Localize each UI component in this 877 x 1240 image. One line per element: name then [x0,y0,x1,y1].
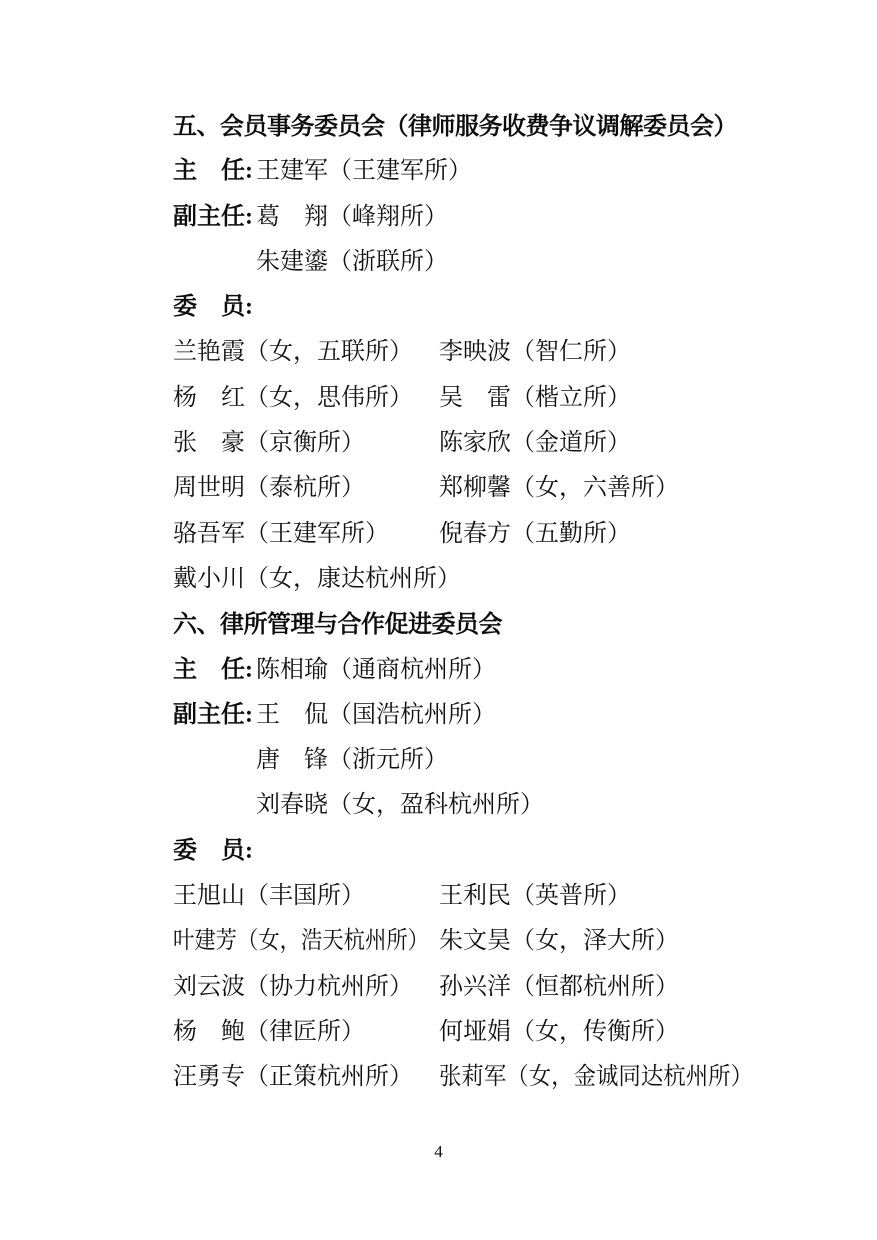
vice-chair-name: 葛 翔（峰翔所） [256,195,448,240]
member-entry: 郑柳馨（女，六善所） [439,466,679,511]
page-number: 4 [0,1140,877,1164]
vice-chair-line: 副主任: 葛 翔（峰翔所） [173,195,793,240]
section-heading: 五、会员事务委员会（律师服务收费争议调解委员会） [173,104,793,149]
member-entry: 兰艳霞（女，五联所） [173,330,413,375]
member-entry: 叶建芳（女，浩天杭州所） [173,919,401,964]
member-entry: 何垭娟（女，传衡所） [439,1010,679,1055]
members-label-line: 委 员: [173,285,793,330]
member-entry: 朱文昊（女，泽大所） [439,919,679,964]
member-row: 汪勇专（正策杭州所）张莉军（女，金诚同达杭州所） [173,1055,793,1100]
members-label-line: 委 员: [173,829,793,874]
member-entry: 孙兴洋（恒都杭州所） [439,965,679,1010]
section-member-affairs-committee: 五、会员事务委员会（律师服务收费争议调解委员会） 主 任: 王建军（王建军所） … [173,104,793,602]
vice-chair-line: 副主任: 王 侃（国浩杭州所） [173,693,793,738]
chair-label: 主 任: [173,149,253,194]
member-entry: 刘云波（协力杭州所） [173,965,413,1010]
member-entry: 王旭山（丰国所） [173,874,365,919]
chair-name: 王建军（王建军所） [256,149,472,194]
member-entry: 戴小川（女，康达杭州所） [173,557,461,602]
vice-chair-label: 副主任: [173,195,253,240]
document-content: 五、会员事务委员会（律师服务收费争议调解委员会） 主 任: 王建军（王建军所） … [173,104,793,1101]
member-entry: 王利民（英普所） [439,874,631,919]
member-row: 张 豪（京衡所）陈家欣（金道所） [173,421,793,466]
section-firm-management-committee: 六、律所管理与合作促进委员会 主 任: 陈相瑜（通商杭州所） 副主任: 王 侃（… [173,602,793,1100]
vice-chair-line: 刘春晓（女，盈科杭州所） [173,783,793,828]
member-entry: 陈家欣（金道所） [439,421,631,466]
member-entry: 张 豪（京衡所） [173,421,365,466]
chair-name: 陈相瑜（通商杭州所） [256,648,496,693]
vice-chair-line: 唐 锋（浙元所） [173,738,793,783]
member-entry: 吴 雷（楷立所） [439,376,631,421]
member-entry: 周世明（泰杭所） [173,466,365,511]
member-entry: 杨 鲍（律匠所） [173,1010,365,1055]
member-row: 杨 鲍（律匠所）何垭娟（女，传衡所） [173,1010,793,1055]
vice-chair-name: 刘春晓（女，盈科杭州所） [256,783,544,828]
vice-chair-label: 副主任: [173,693,253,738]
vice-chair-name: 朱建鎏（浙联所） [256,240,448,285]
vice-chair-name: 唐 锋（浙元所） [256,738,448,783]
member-entry: 骆吾军（王建军所） [173,512,389,557]
chair-line: 主 任: 王建军（王建军所） [173,149,793,194]
member-rows: 兰艳霞（女，五联所）李映波（智仁所）杨 红（女，思伟所）吴 雷（楷立所）张 豪（… [173,330,793,602]
member-row: 叶建芳（女，浩天杭州所）朱文昊（女，泽大所） [173,919,793,964]
members-label: 委 员: [173,829,253,874]
member-row: 骆吾军（王建军所）倪春方（五勤所） [173,512,793,557]
member-entry: 张莉军（女，金诚同达杭州所） [439,1055,732,1100]
chair-line: 主 任: 陈相瑜（通商杭州所） [173,648,793,693]
member-rows: 王旭山（丰国所）王利民（英普所）叶建芳（女，浩天杭州所）朱文昊（女，泽大所）刘云… [173,874,793,1100]
member-entry: 倪春方（五勤所） [439,512,631,557]
member-row: 周世明（泰杭所）郑柳馨（女，六善所） [173,466,793,511]
member-row: 杨 红（女，思伟所）吴 雷（楷立所） [173,376,793,421]
member-row: 戴小川（女，康达杭州所） [173,557,793,602]
members-label: 委 员: [173,285,253,330]
chair-label: 主 任: [173,648,253,693]
member-row: 王旭山（丰国所）王利民（英普所） [173,874,793,919]
member-entry: 汪勇专（正策杭州所） [173,1055,413,1100]
document-page: 五、会员事务委员会（律师服务收费争议调解委员会） 主 任: 王建军（王建军所） … [0,0,877,1240]
member-row: 刘云波（协力杭州所）孙兴洋（恒都杭州所） [173,965,793,1010]
vice-chair-line: 朱建鎏（浙联所） [173,240,793,285]
section-heading: 六、律所管理与合作促进委员会 [173,602,793,647]
member-entry: 杨 红（女，思伟所） [173,376,413,421]
vice-chair-name: 王 侃（国浩杭州所） [256,693,496,738]
member-entry: 李映波（智仁所） [439,330,631,375]
member-row: 兰艳霞（女，五联所）李映波（智仁所） [173,330,793,375]
